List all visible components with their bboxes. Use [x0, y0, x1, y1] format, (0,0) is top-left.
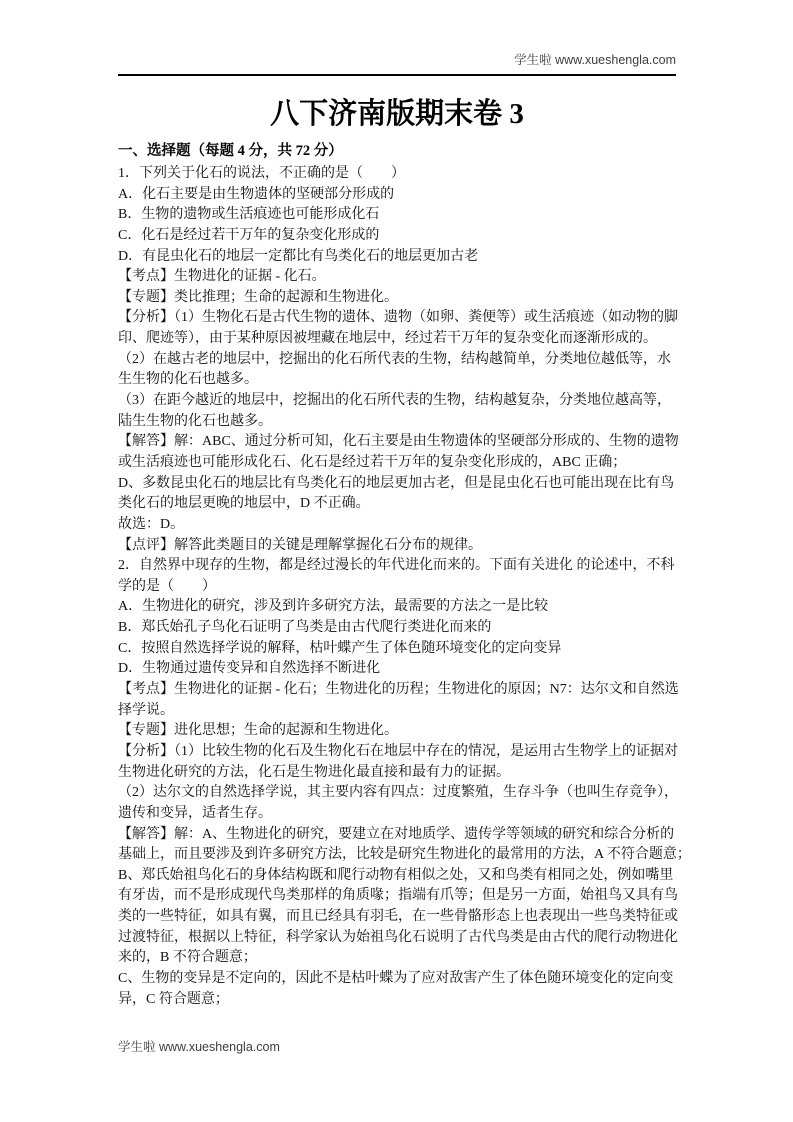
text-line: B、郑氏始祖鸟化石的身体结构既和爬行动物有相似之处，又和鸟类有相同之处，例如嘴里 [118, 866, 676, 887]
text-line: 【考点】生物进化的证据 - 化石；生物进化的历程；生物进化的原因；N7：达尔文和… [118, 680, 676, 701]
text-line: 2．自然界中现存的生物，都是经过漫长的年代进化而来的。下面有关进化 的论述中，不… [118, 556, 676, 577]
text-line: D．有昆虫化石的地层一定都比有鸟类化石的地层更加古老 [118, 247, 676, 268]
text-line: C．化石是经过若干万年的复杂变化形成的 [118, 226, 676, 247]
text-line: 或生活痕迹也可能形成化石、化石是经过若干万年的复杂变化形成的，ABC 正确； [118, 453, 676, 474]
text-line: 类的一些特征，如具有翼，而且已经具有羽毛，在一些骨骼形态上也表现出一些鸟类特征或 [118, 907, 676, 928]
text-line: （3）在距今越近的地层中，挖掘出的化石所代表的生物，结构越复杂，分类地位越高等， [118, 391, 676, 412]
text-line: 生物进化研究的方法，化石是生物进化最直接和最有力的证据。 [118, 763, 676, 784]
text-line: 【分析】（1）比较生物的化石及生物化石在地层中存在的情况，是运用古生物学上的证据… [118, 742, 676, 763]
section-heading: 一、选择题（每题 4 分，共 72 分） [118, 141, 676, 161]
text-line: D．生物通过遗传变异和自然选择不断进化 [118, 659, 676, 680]
page-header: 学生啦 www.xueshengla.com [118, 0, 676, 76]
text-line: 【专题】类比推理；生命的起源和生物进化。 [118, 288, 676, 309]
page-title: 八下济南版期末卷 3 [118, 96, 676, 133]
text-line: 类化石的地层更晚的地层中，D 不正确。 [118, 494, 676, 515]
text-line: 【解答】解：ABC、通过分析可知，化石主要是由生物遗体的坚硬部分形成的、生物的遗… [118, 432, 676, 453]
text-line: A．化石主要是由生物遗体的坚硬部分形成的 [118, 185, 676, 206]
exam-body: 1．下列关于化石的说法，不正确的是（ ）A．化石主要是由生物遗体的坚硬部分形成的… [118, 164, 676, 1010]
document-page: 学生啦 www.xueshengla.com 八下济南版期末卷 3 一、选择题（… [0, 0, 793, 1122]
text-line: B．生物的遗物或生活痕迹也可能形成化石 [118, 205, 676, 226]
text-line: 择学说。 [118, 701, 676, 722]
text-line: 生生物的化石也越多。 [118, 370, 676, 391]
text-line: 【分析】（1）生物化石是古代生物的遗体、遗物（如卵、粪便等）或生活痕迹（如动物的… [118, 308, 676, 329]
text-line: 故选：D。 [118, 515, 676, 536]
header-watermark: 学生啦 www.xueshengla.com [514, 53, 676, 67]
text-line: 陆生生物的化石也越多。 [118, 412, 676, 433]
text-line: 【解答】解：A、生物进化的研究，要建立在对地质学、遗传学等领域的研究和综合分析的 [118, 825, 676, 846]
text-line: B．郑氏始孔子鸟化石证明了鸟类是由古代爬行类进化而来的 [118, 618, 676, 639]
page-footer: 学生啦 www.xueshengla.com [118, 1040, 280, 1055]
text-line: 印、爬迹等），由于某种原因被埋藏在地层中，经过若干万年的复杂变化而逐渐形成的。 [118, 329, 676, 350]
text-line: 遗传和变异，适者生存。 [118, 804, 676, 825]
text-line: 过渡特征，根据以上特征，科学家认为始祖鸟化石说明了古代鸟类是由古代的爬行动物进化 [118, 928, 676, 949]
text-line: D、多数昆虫化石的地层比有鸟类化石的地层更加古老，但是昆虫化石也可能出现在比有鸟 [118, 474, 676, 495]
footer-watermark: 学生啦 www.xueshengla.com [118, 1040, 280, 1054]
text-line: 【专题】进化思想；生命的起源和生物进化。 [118, 721, 676, 742]
page-content: 学生啦 www.xueshengla.com 八下济南版期末卷 3 一、选择题（… [118, 0, 676, 1010]
text-line: 【考点】生物进化的证据 - 化石。 [118, 267, 676, 288]
text-line: C、生物的变异是不定向的，因此不是枯叶蝶为了应对敌害产生了体色随环境变化的定向变 [118, 969, 676, 990]
text-line: （2）在越古老的地层中，挖掘出的化石所代表的生物，结构越简单，分类地位越低等，水 [118, 350, 676, 371]
text-line: 有牙齿，而不是形成现代鸟类那样的角质喙；指端有爪等；但是另一方面，始祖鸟又具有鸟 [118, 886, 676, 907]
text-line: 来的，B 不符合题意； [118, 948, 676, 969]
text-line: 1．下列关于化石的说法，不正确的是（ ） [118, 164, 676, 185]
text-line: 学的是（ ） [118, 577, 676, 598]
text-line: 【点评】解答此类题目的关键是理解掌握化石分布的规律。 [118, 536, 676, 557]
text-line: 异，C 符合题意； [118, 990, 676, 1011]
text-line: （2）达尔文的自然选择学说，其主要内容有四点：过度繁殖，生存斗争（也叫生存竞争）… [118, 783, 676, 804]
text-line: C．按照自然选择学说的解释，枯叶蝶产生了体色随环境变化的定向变异 [118, 639, 676, 660]
text-line: 基础上，而且要涉及到许多研究方法，比较是研究生物进化的最常用的方法，A 不符合题… [118, 845, 676, 866]
text-line: A．生物进化的研究，涉及到许多研究方法，最需要的方法之一是比较 [118, 597, 676, 618]
